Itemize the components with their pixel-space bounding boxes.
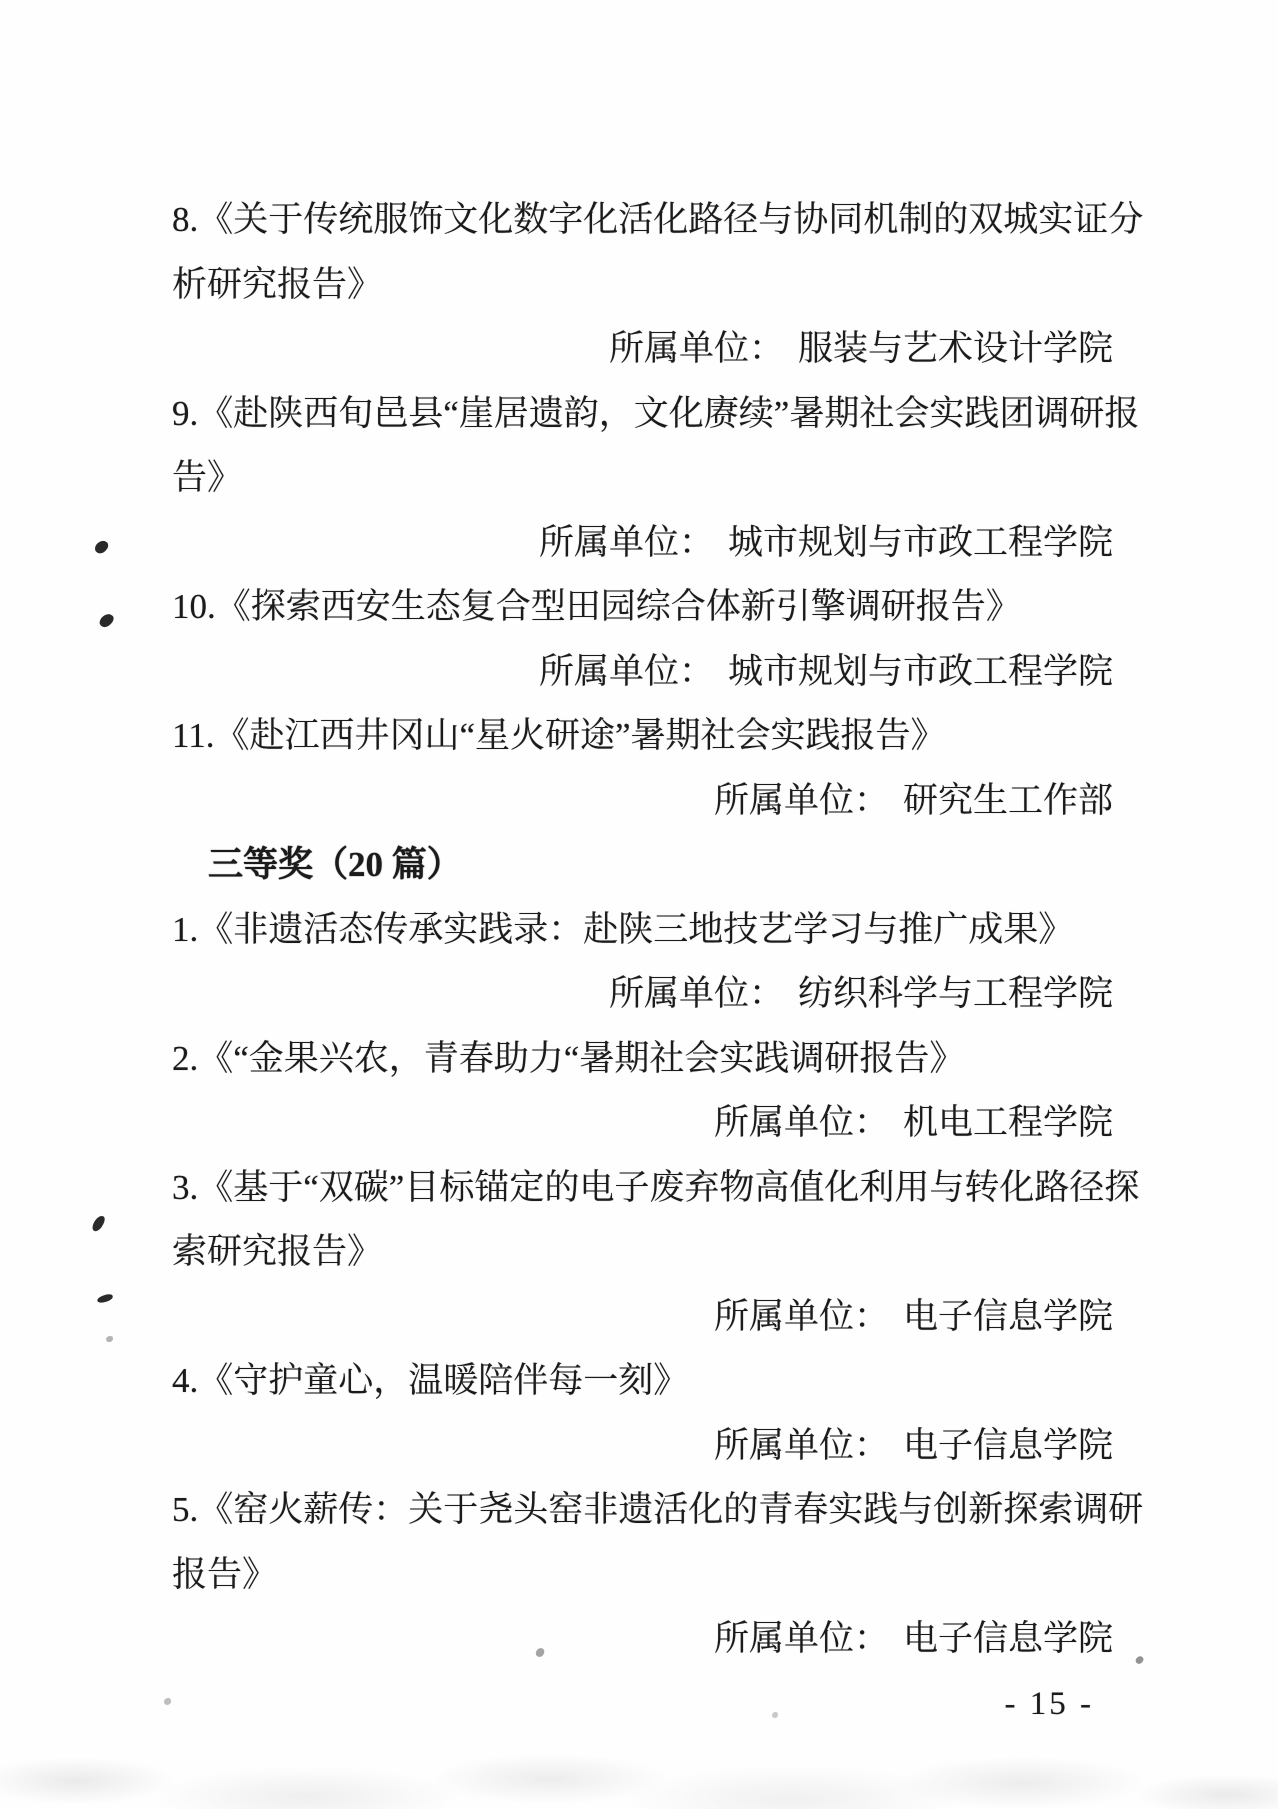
ink-speck [91, 1214, 107, 1233]
affiliation-line: 所属单位：服装与艺术设计学院 [172, 317, 1136, 382]
page-number: - 15 - [172, 1672, 1136, 1737]
affiliation-line: 所属单位：城市规划与市政工程学院 [172, 511, 1136, 576]
affiliation-unit: 城市规划与市政工程学院 [728, 523, 1113, 562]
report-title-continuation: 索研究报告》 [172, 1220, 1136, 1285]
report-title-line: 9.《赴陕西旬邑县“崖居遗韵，文化赓续”暑期社会实践团调研报 [172, 382, 1136, 447]
report-title-line: 11.《赴江西井冈山“星火研途”暑期社会实践报告》 [172, 704, 1136, 769]
ink-speck [93, 538, 110, 556]
affiliation-unit: 机电工程学院 [903, 1103, 1113, 1142]
affiliation-unit: 研究生工作部 [903, 781, 1113, 820]
affiliation-label: 所属单位： [714, 781, 889, 820]
affiliation-label: 所属单位： [714, 1297, 889, 1336]
affiliation-line: 所属单位：研究生工作部 [172, 769, 1136, 834]
affiliation-line: 所属单位：电子信息学院 [172, 1607, 1136, 1672]
affiliation-unit: 电子信息学院 [903, 1619, 1113, 1658]
report-title-line: 4.《守护童心，温暖陪伴每一刻》 [172, 1349, 1136, 1414]
affiliation-unit: 电子信息学院 [903, 1297, 1113, 1336]
report-title-line: 10.《探索西安生态复合型田园综合体新引擎调研报告》 [172, 575, 1136, 640]
affiliation-label: 所属单位： [714, 1426, 889, 1465]
report-title-line: 3.《基于“双碳”目标锚定的电子废弃物高值化利用与转化路径探 [172, 1156, 1136, 1221]
affiliation-line: 所属单位：纺织科学与工程学院 [172, 962, 1136, 1027]
report-title-line: 2.《“金果兴农，青春助力“暑期社会实践调研报告》 [172, 1027, 1136, 1092]
affiliation-label: 所属单位： [609, 329, 784, 368]
affiliation-unit: 纺织科学与工程学院 [798, 974, 1113, 1013]
affiliation-unit: 服装与艺术设计学院 [798, 329, 1113, 368]
affiliation-label: 所属单位： [714, 1619, 889, 1658]
report-title-continuation: 告》 [172, 446, 1136, 511]
report-title-continuation: 报告》 [172, 1543, 1136, 1608]
ink-speck [106, 1336, 113, 1342]
ink-speck [164, 1698, 171, 1705]
affiliation-label: 所属单位： [714, 1103, 889, 1142]
section-header-third-prize: 三等奖（20 篇） [172, 833, 1136, 898]
affiliation-line: 所属单位：城市规划与市政工程学院 [172, 640, 1136, 705]
affiliation-unit: 电子信息学院 [903, 1426, 1113, 1465]
affiliation-line: 所属单位：机电工程学院 [172, 1091, 1136, 1156]
report-title-continuation: 析研究报告》 [172, 253, 1136, 318]
affiliation-line: 所属单位：电子信息学院 [172, 1414, 1136, 1479]
report-title-line: 1.《非遗活态传承实践录：赴陕三地技艺学习与推广成果》 [172, 898, 1136, 963]
affiliation-label: 所属单位： [609, 974, 784, 1013]
report-title-line: 5.《窑火薪传：关于尧头窑非遗活化的青春实践与创新探索调研 [172, 1478, 1136, 1543]
affiliation-label: 所属单位： [539, 652, 714, 691]
document-body: 8.《关于传统服饰文化数字化活化路径与协同机制的双城实证分 析研究报告》 所属单… [172, 188, 1136, 1736]
scanned-document-page: 8.《关于传统服饰文化数字化活化路径与协同机制的双城实证分 析研究报告》 所属单… [0, 0, 1278, 1809]
affiliation-line: 所属单位：电子信息学院 [172, 1285, 1136, 1350]
affiliation-unit: 城市规划与市政工程学院 [728, 652, 1113, 691]
report-title-line: 8.《关于传统服饰文化数字化活化路径与协同机制的双城实证分 [172, 188, 1136, 253]
ink-speck [97, 611, 115, 630]
affiliation-label: 所属单位： [539, 523, 714, 562]
ink-speck [96, 1293, 113, 1304]
